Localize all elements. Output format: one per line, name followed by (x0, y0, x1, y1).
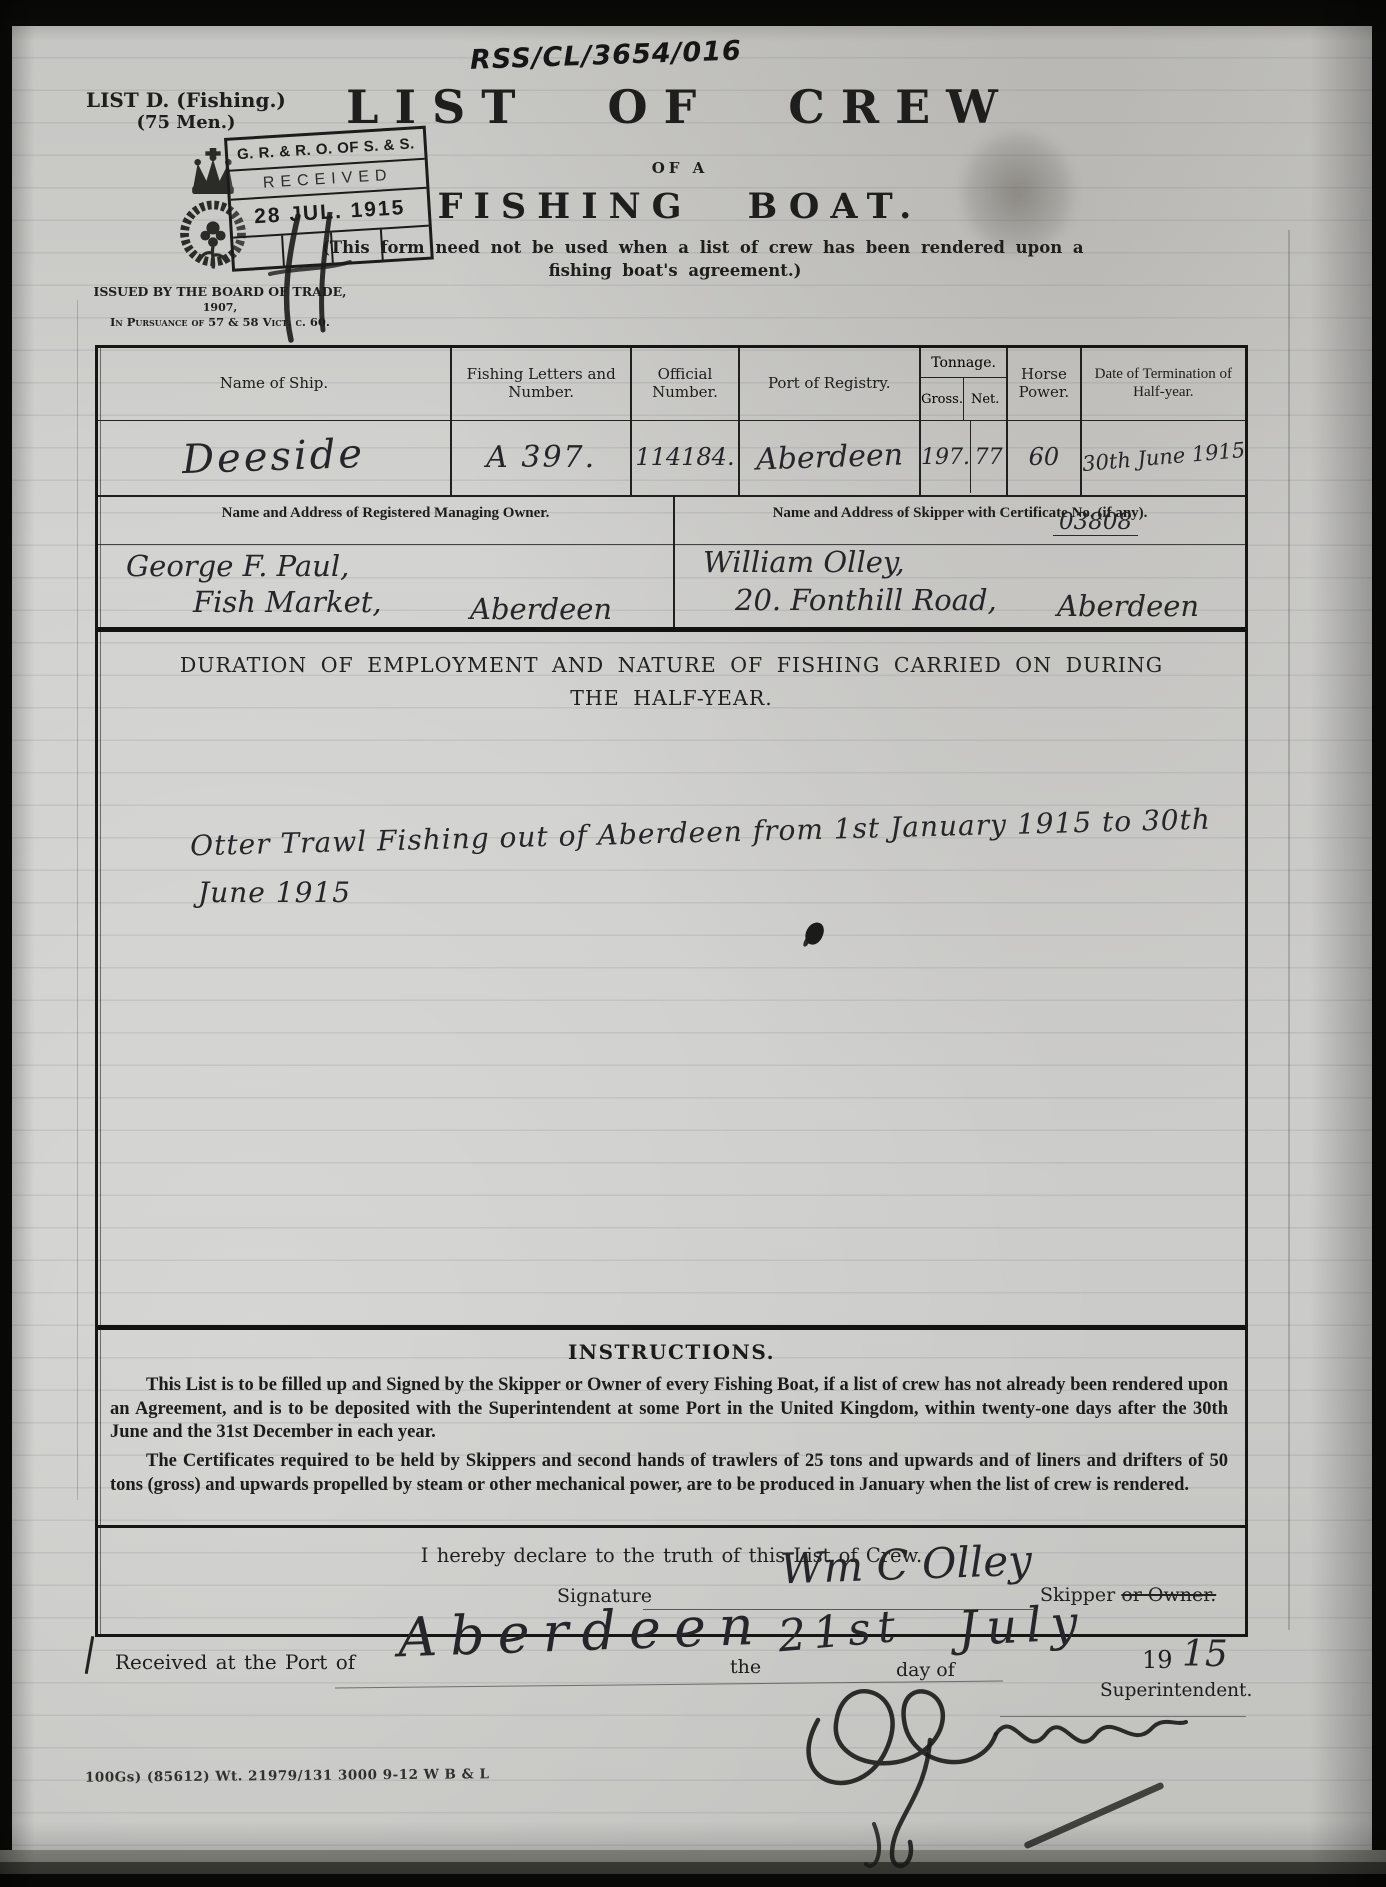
value-port-of-registry: Aberdeen (755, 437, 903, 477)
skipper-name-handwritten: William Olley, (703, 545, 905, 579)
value-termination-date: 30th June 1915 (1081, 438, 1246, 476)
owner-skipper-section: Name and Address of Registered Managing … (98, 497, 1245, 632)
form-note-line2: fishing boat's agreement.) (322, 261, 1028, 280)
instructions-paragraph-2: The Certificates required to be held by … (110, 1450, 1228, 1497)
ship-details-table: Name of Ship. Deeside Fishing Letters an… (98, 348, 1245, 495)
struck-or-owner: or Owner. (1121, 1584, 1216, 1606)
owner-city-handwritten: Aberdeen (470, 592, 612, 626)
skipper-city-handwritten: Aberdeen (1057, 589, 1199, 623)
paper-stain (960, 130, 1075, 255)
header-fishing-letters: Fishing Letters and Number. (452, 348, 630, 421)
page-subtitle: FISHING BOAT. (400, 186, 960, 227)
column-fishing-letters: Fishing Letters and Number. A 397. (452, 348, 632, 495)
owner-address-handwritten: Fish Market, (193, 585, 382, 619)
paper-crease-line (77, 300, 78, 1500)
column-name-of-ship: Name of Ship. Deeside (98, 348, 452, 495)
value-net-tonnage: 77 (975, 445, 1003, 470)
instructions-paragraph-1: This List is to be filled up and Signed … (110, 1374, 1228, 1445)
duration-entry-line1: Otter Trawl Fishing out of Aberdeen from… (190, 803, 1212, 863)
header-name-of-ship: Name of Ship. (98, 348, 450, 421)
column-port-of-registry: Port of Registry. Aberdeen (740, 348, 921, 495)
owner-header-rule (98, 544, 673, 545)
value-fishing-letters: A 397. (486, 440, 596, 475)
duration-entry-line2: June 1915 (198, 876, 351, 909)
form-note-line1: (This form need not be used when a list … (322, 238, 1028, 257)
skipper-cell: Name and Address of Skipper with Certifi… (675, 497, 1245, 627)
header-port-of-registry: Port of Registry. (740, 348, 919, 421)
page-title: LIST OF CREW (330, 80, 1030, 134)
form-code-line1: LIST D. (Fishing.) (86, 88, 286, 112)
instructions-heading: INSTRUCTIONS. (98, 1340, 1245, 1364)
duration-heading-line1: DURATION OF EMPLOYMENT AND NATURE OF FIS… (98, 653, 1245, 677)
column-termination-date: Date of Termination of Half-year. 30th J… (1082, 348, 1245, 495)
received-at-port-label: Received at the Port of (115, 1650, 355, 1674)
skipper-certificate-number: 03808 (1053, 509, 1138, 536)
superintendent-label: Superintendent. (1100, 1680, 1252, 1701)
header-tonnage-net: Net. (964, 378, 1006, 420)
skipper-address-handwritten: 20. Fonthill Road, (735, 583, 997, 617)
header-termination-date: Date of Termination of Half-year. (1082, 348, 1245, 421)
header-tonnage: Tonnage. (921, 348, 1006, 378)
skipper-header: Name and Address of Skipper with Certifi… (675, 505, 1245, 522)
column-horse-power: Horse Power. 60 (1008, 348, 1081, 495)
column-tonnage: Tonnage. Gross. Net. 197. 77 (921, 348, 1008, 495)
value-official-number: 114184. (635, 443, 734, 471)
document-scan: RSS/CL/3654/016 LIST D. (Fishing.) (75 M… (0, 0, 1386, 1887)
header-official-number: Official Number. (632, 348, 737, 421)
value-gross-tonnage: 197. (921, 445, 970, 470)
pen-strokes-over-stamp (252, 212, 382, 352)
crew-list-form: Name of Ship. Deeside Fishing Letters an… (95, 345, 1248, 1637)
superintendent-signature (740, 1628, 1200, 1878)
received-port-handwritten: Aberdeen (397, 1594, 768, 1670)
form-code-line2: (75 Men.) (86, 112, 286, 133)
owner-cell: Name and Address of Registered Managing … (98, 497, 675, 627)
value-ship-name: Deeside (182, 431, 367, 483)
column-official-number: Official Number. 114184. (632, 348, 739, 495)
owner-name-handwritten: George F. Paul, (126, 549, 349, 583)
duration-heading-line2: THE HALF-YEAR. (98, 686, 1245, 710)
instructions-section: INSTRUCTIONS. This List is to be filled … (98, 1325, 1245, 1528)
header-tonnage-gross: Gross. (921, 378, 964, 420)
header-horse-power: Horse Power. (1008, 348, 1079, 421)
title-of-a: OF A (540, 159, 820, 177)
paper-fold-line (1288, 230, 1290, 1630)
value-horse-power: 60 (1029, 443, 1060, 471)
owner-header: Name and Address of Registered Managing … (98, 505, 673, 522)
